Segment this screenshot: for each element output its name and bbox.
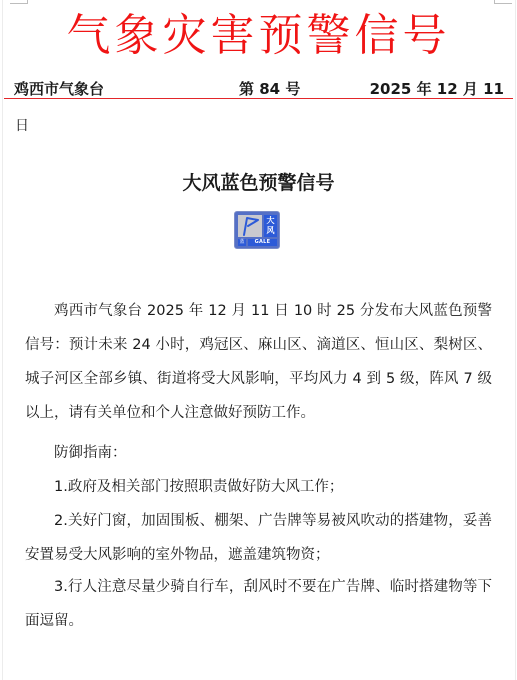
scale-label: GALE — [248, 239, 277, 246]
gale-word-label: 大 风 — [264, 215, 277, 237]
issue-date-wrap: 日 — [15, 116, 29, 136]
document-title: 大风蓝色预警信号 — [0, 170, 517, 196]
guidance-heading: 防御指南： — [25, 436, 492, 470]
lead-paragraph: 鸡西市气象台 2025 年 12 月 11 日 10 时 25 分发布大风蓝色预… — [25, 294, 492, 430]
masthead-title: 气象灾害预警信号 — [0, 6, 517, 66]
issue-number: 第 84 号 — [239, 79, 300, 99]
guidance-item-2: 2.关好门窗，加固围板、棚架、广告牌等易被风吹动的搭建物，妥善安置易受大风影响的… — [25, 504, 492, 572]
crop-mark-top-right — [494, 0, 512, 4]
guidance-item-1: 1.政府及相关部门按照职责做好防大风工作； — [25, 470, 492, 504]
red-divider-rule — [4, 98, 513, 99]
flag-icon — [238, 215, 262, 237]
issuer-name: 鸡西市气象台 — [14, 79, 104, 99]
gale-blue-warning-icon: 大 风 蓝 GALE — [234, 211, 280, 249]
issue-line: 鸡西市气象台 第 84 号 2025 年 12 月 11 — [14, 79, 504, 99]
crop-mark-top-left — [10, 0, 28, 4]
guidance-item-3: 3.行人注意尽量少骑自行车，刮风时不要在广告牌、临时搭建物等下面逗留。 — [25, 570, 492, 638]
issue-date: 2025 年 12 月 11 — [370, 79, 504, 99]
level-label: 蓝 — [238, 239, 246, 246]
